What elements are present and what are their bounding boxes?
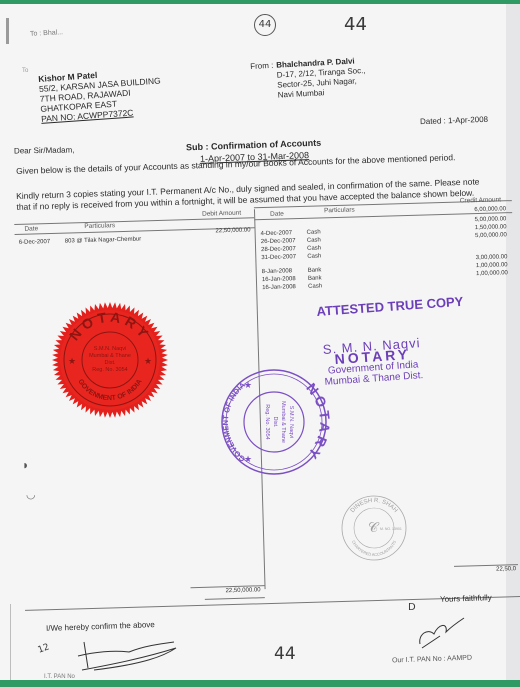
credit-row-date: 16-Jan-2008 — [262, 284, 296, 291]
debit-total: 22,50,000.00 — [181, 587, 261, 595]
svg-text:Dist.: Dist. — [105, 360, 116, 366]
sender-signature — [400, 614, 470, 654]
svg-text:Mumbai & Thane: Mumbai & Thane — [89, 353, 131, 359]
debit-row-date: 6-Dec-2007 — [19, 239, 51, 246]
from-label: From : — [250, 61, 274, 72]
recipient-address: Kishor M Patel 55/2, KARSAN JASA BUILDIN… — [38, 65, 163, 123]
credit-row-date: 28-Dec-2007 — [261, 246, 296, 253]
header-fragment: To : Bhal... — [30, 29, 63, 38]
scanned-document-page: 44 44 To : Bhal... To Kishor M Patel 55/… — [0, 4, 520, 680]
credit-row-date: 31-Dec-2007 — [261, 254, 296, 261]
notary-name-stamp: S. M. N. Naqvi NOTARY Government of Indi… — [322, 337, 424, 388]
scan-margin-line — [10, 604, 11, 680]
svg-text:Reg. No. 3054: Reg. No. 3054 — [92, 367, 127, 373]
svg-text:S.M.N. Naqvi: S.M.N. Naqvi — [94, 346, 126, 352]
confirmation-statement: I/We hereby confirm the above — [46, 620, 155, 633]
svg-text:★: ★ — [144, 356, 152, 366]
svg-text:Reg. No. 3054: Reg. No. 3054 — [264, 404, 270, 439]
sender-pan: Our I.T. PAN No : AAMPD — [392, 655, 472, 665]
svg-text:𝒞: 𝒞 — [368, 519, 380, 535]
credit-row-amount: 5,00,000.00 — [427, 232, 507, 240]
credit-date-header: Date — [270, 210, 284, 217]
svg-text:DINESH R. SHAH: DINESH R. SHAH — [350, 498, 398, 514]
credit-row-particulars: Cash — [307, 253, 321, 259]
credit-row-amount: 5,00,000.00 — [426, 216, 506, 224]
credit-particulars-header: Particulars — [324, 206, 355, 214]
debit-row-particulars: 803 @ Tilak Nagar-Chembur — [65, 236, 142, 244]
credit-row-amount: 1,50,000.00 — [427, 224, 507, 232]
credit-total: 22,50,0 — [436, 566, 516, 574]
credit-row-particulars: Cash — [307, 245, 321, 251]
credit-row-particulars: Cash — [307, 237, 321, 243]
credit-row-amount: 1,00,000.00 — [428, 262, 508, 270]
table-rule — [14, 217, 254, 225]
credit-amount-header: Credit Amount — [460, 196, 501, 204]
credit-row-date: 26-Dec-2007 — [261, 238, 296, 245]
credit-row-particulars: Bank — [308, 275, 322, 281]
closing-yours-faithfully: Yours faithfully — [440, 593, 492, 604]
svg-text:Mumbai & Thane: Mumbai & Thane — [280, 401, 286, 443]
bottom-cut-text: I.T. PAN No — [44, 674, 75, 680]
letter-date: Dated : 1-Apr-2008 — [420, 115, 488, 126]
debit-amount-header: Debit Amount — [202, 210, 241, 218]
svg-text:★: ★ — [244, 380, 252, 390]
credit-row-particulars: Bank — [308, 267, 322, 273]
credit-row-date: 16-Jan-2008 — [262, 276, 296, 283]
red-notary-seal: NOTARY GOVENMENT OF INDIA S.M.N. Naqvi M… — [50, 300, 170, 420]
to-label: To — [22, 68, 28, 74]
credit-row-amount — [427, 240, 507, 242]
svg-text:★: ★ — [68, 356, 76, 366]
svg-text:★: ★ — [244, 454, 252, 464]
debit-date-header: Date — [24, 225, 38, 232]
purple-notary-seal: NOTARY GOVENMENT OF INDIA S.M.N. Naqvi M… — [218, 366, 330, 478]
credit-row-particulars: Cash — [308, 283, 322, 289]
credit-row-amount: 1,00,000.00 — [428, 270, 508, 278]
handwritten-page-number-top: 44 — [344, 14, 367, 35]
credit-row-date: 8-Jan-2008 — [262, 268, 293, 275]
total-rule — [205, 597, 265, 600]
handwritten-mark: D — [408, 602, 416, 613]
svg-text:Dist.: Dist. — [272, 417, 278, 428]
handwritten-page-number-bottom: 44 — [274, 644, 296, 664]
recipient-signature — [74, 634, 184, 674]
punch-hole-mark: ◡ — [26, 488, 36, 501]
chartered-accountant-seal: DINESH R. SHAH CHARTERED ACCOUNTANTS 𝒞 M… — [340, 494, 408, 562]
scan-margin-mark — [6, 18, 9, 44]
svg-text:S.M.N. Naqvi: S.M.N. Naqvi — [288, 406, 294, 438]
punch-hole-mark: ◗ — [22, 458, 29, 472]
debit-particulars-header: Particulars — [84, 222, 115, 230]
credit-row-date: 4-Dec-2007 — [261, 230, 293, 237]
svg-text:M. NO. 13901: M. NO. 13901 — [380, 527, 402, 531]
salutation: Dear Sir/Madam, — [14, 145, 75, 155]
credit-row-amount: 3,00,000.00 — [427, 254, 507, 262]
handwritten-margin-note: 12 — [37, 642, 51, 655]
credit-row-particulars: Cash — [307, 229, 321, 235]
debit-row-amount: 22,50,000.00 — [170, 227, 250, 235]
handwritten-circled-number: 44 — [254, 14, 276, 36]
